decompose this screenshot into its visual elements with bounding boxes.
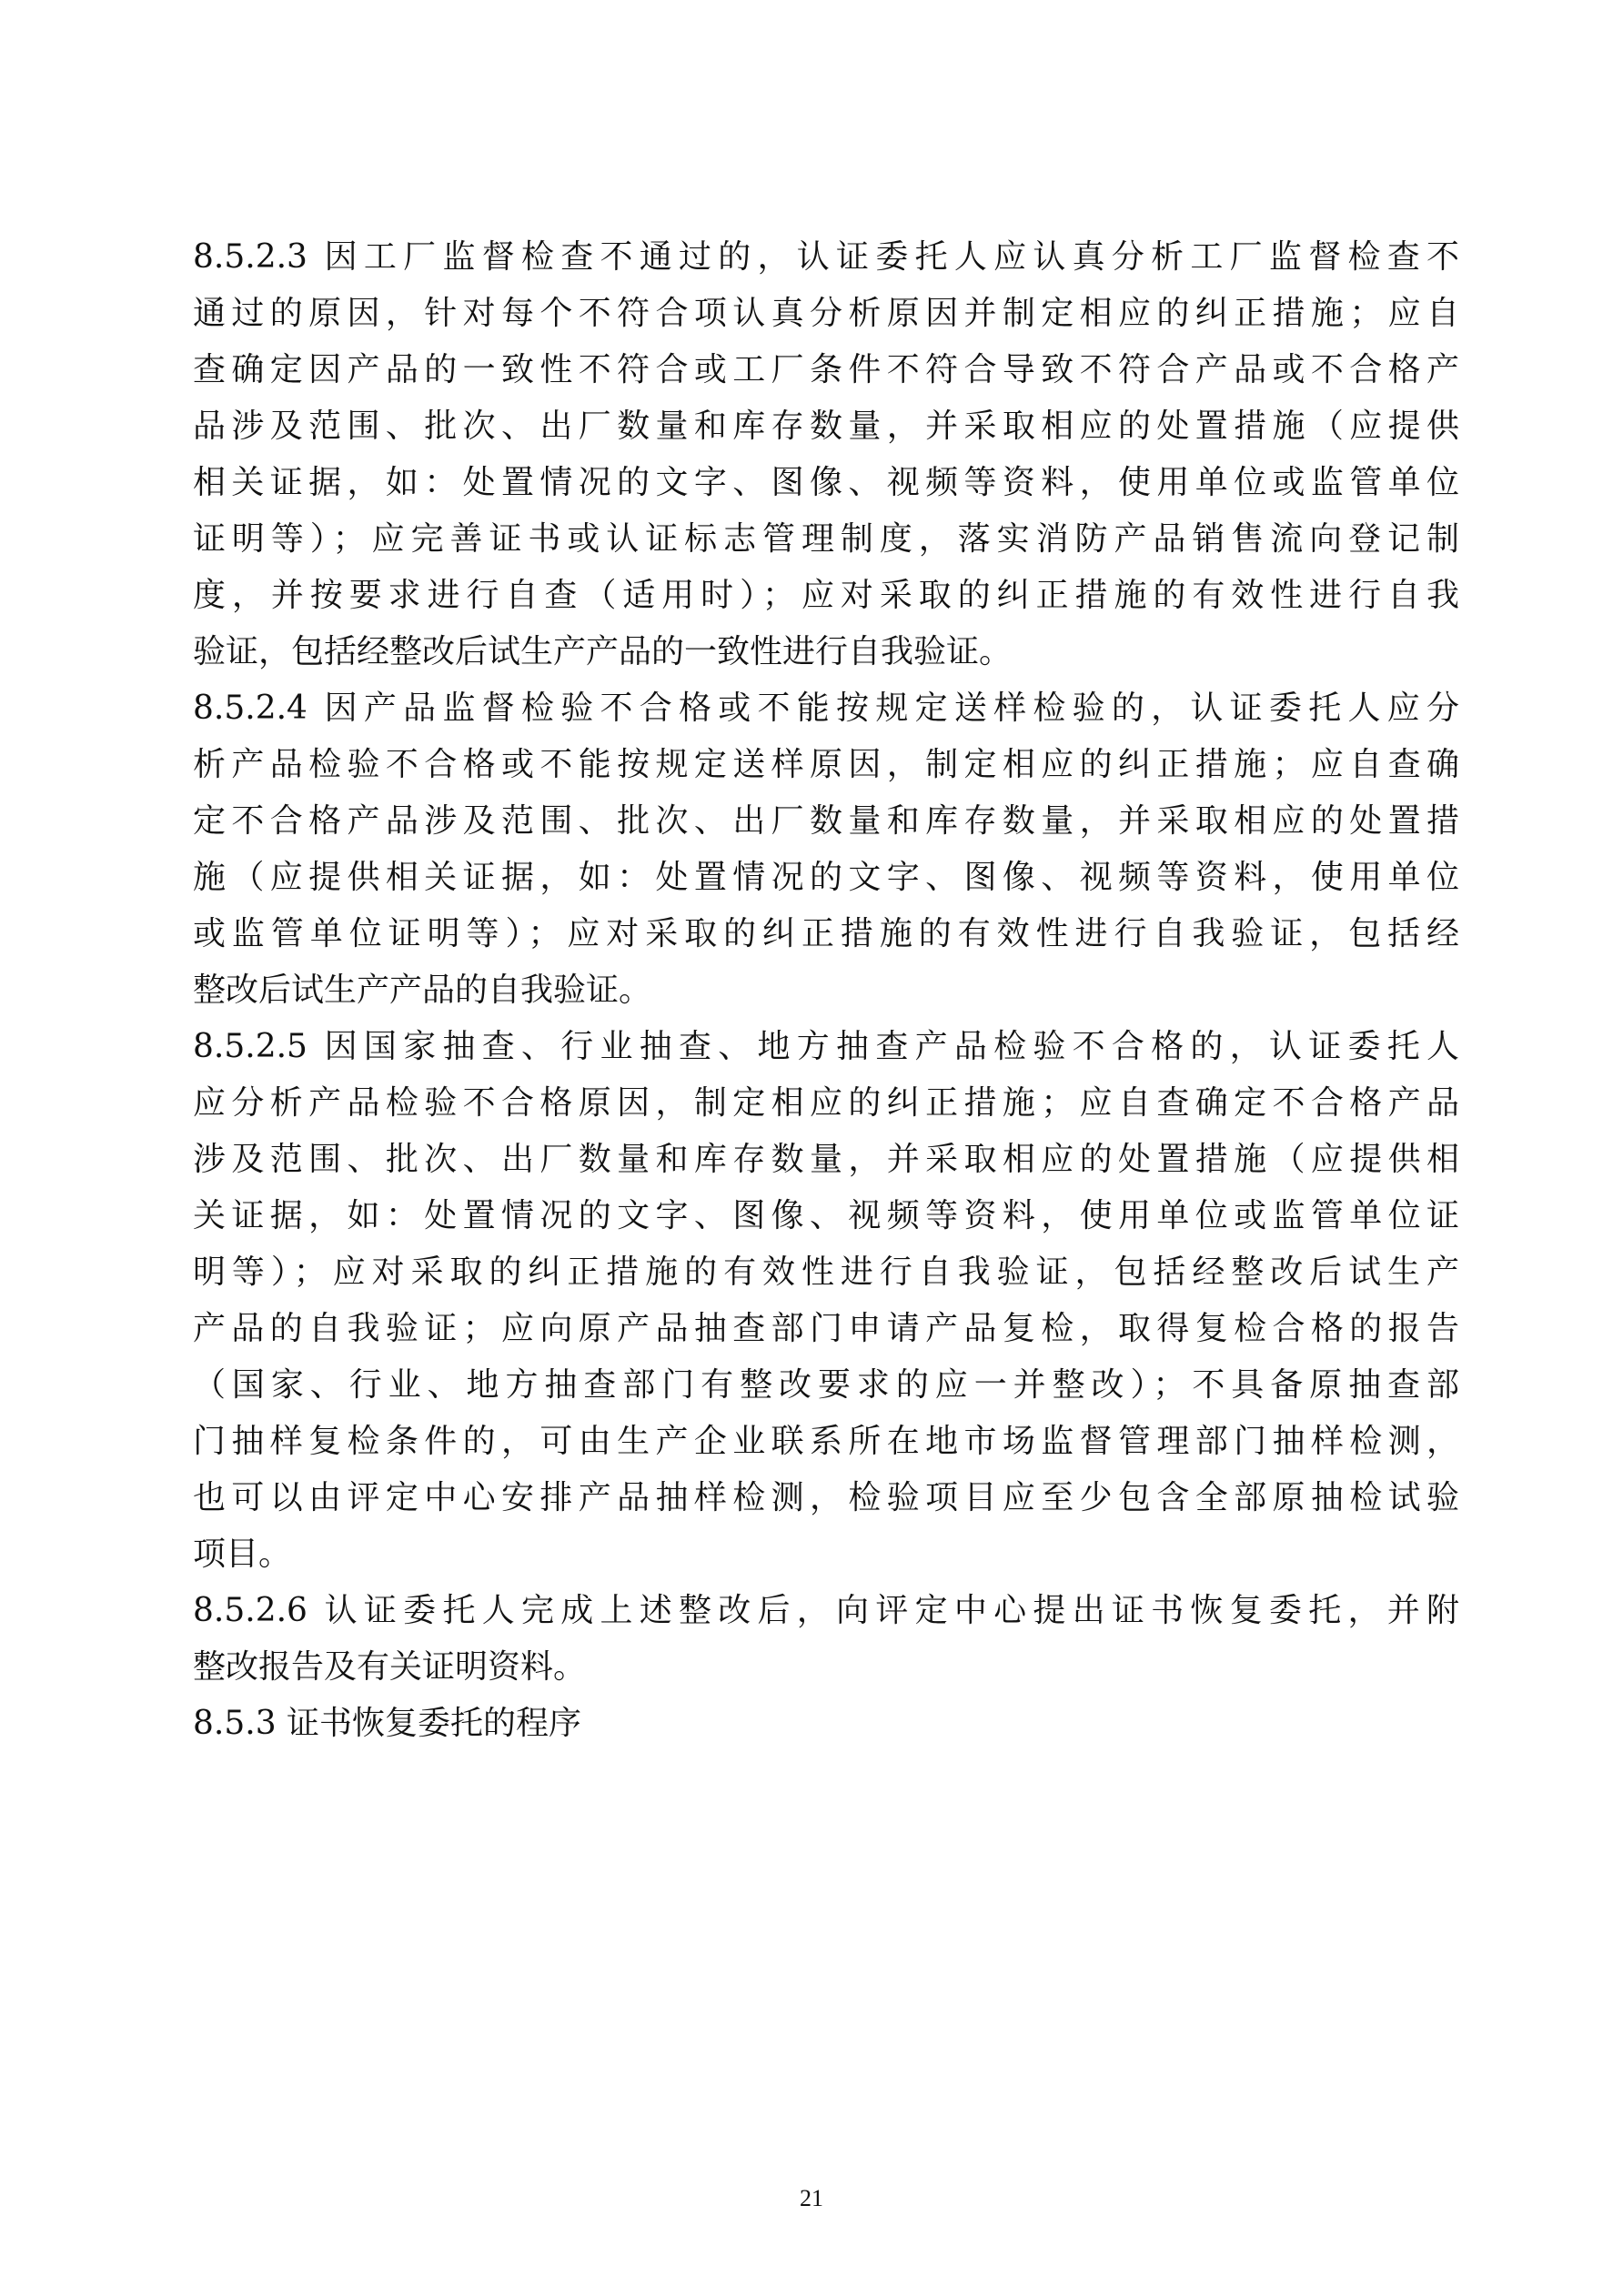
- text-line: 门抽样复检条件的，可由生产企业联系所在地市场监督管理部门抽样检测，: [193, 1414, 1459, 1470]
- text-line: 产品的自我验证；应向原产品抽查部门申请产品复检，取得复检合格的报告: [193, 1301, 1459, 1357]
- text-line: 8.5.2.5 因国家抽查、行业抽查、地方抽查产品检验不合格的，认证委托人: [193, 1019, 1459, 1075]
- paragraph-8-5-2-4: 8.5.2.4 因产品监督检验不合格或不能按规定送样检验的，认证委托人应分 析产…: [193, 680, 1459, 1019]
- heading-8-5-3: 8.5.3 证书恢复委托的程序: [193, 1696, 1459, 1752]
- text-line: 定不合格产品涉及范围、批次、出厂数量和库存数量，并采取相应的处置措: [193, 793, 1459, 850]
- text-line: 施（应提供相关证据，如：处置情况的文字、图像、视频等资料，使用单位: [193, 850, 1459, 906]
- text-line: 整改后试生产产品的自我验证。: [193, 962, 1459, 1019]
- text-line: 明等）；应对采取的纠正措施的有效性进行自我验证，包括经整改后试生产: [193, 1244, 1459, 1301]
- document-body: 8.5.2.3 因工厂监督检查不通过的，认证委托人应认真分析工厂监督检查不 通过…: [193, 229, 1459, 1752]
- paragraph-8-5-2-3: 8.5.2.3 因工厂监督检查不通过的，认证委托人应认真分析工厂监督检查不 通过…: [193, 229, 1459, 680]
- text-line: （国家、行业、地方抽查部门有整改要求的应一并整改）；不具备原抽查部: [193, 1357, 1459, 1414]
- text-line: 验证，包括经整改后试生产产品的一致性进行自我验证。: [193, 624, 1459, 680]
- paragraph-8-5-2-5: 8.5.2.5 因国家抽查、行业抽查、地方抽查产品检验不合格的，认证委托人 应分…: [193, 1019, 1459, 1583]
- page-number: 21: [0, 2185, 1623, 2212]
- text-line: 涉及范围、批次、出厂数量和库存数量，并采取相应的处置措施（应提供相: [193, 1132, 1459, 1188]
- text-line: 也可以由评定中心安排产品抽样检测，检验项目应至少包含全部原抽检试验: [193, 1470, 1459, 1526]
- text-line: 关证据，如：处置情况的文字、图像、视频等资料，使用单位或监管单位证: [193, 1188, 1459, 1244]
- text-line: 相关证据，如：处置情况的文字、图像、视频等资料，使用单位或监管单位: [193, 455, 1459, 511]
- text-line: 8.5.2.3 因工厂监督检查不通过的，认证委托人应认真分析工厂监督检查不: [193, 229, 1459, 286]
- text-line: 整改报告及有关证明资料。: [193, 1639, 1459, 1696]
- text-line: 8.5.2.4 因产品监督检验不合格或不能按规定送样检验的，认证委托人应分: [193, 680, 1459, 737]
- text-line: 通过的原因，针对每个不符合项认真分析原因并制定相应的纠正措施；应自: [193, 286, 1459, 342]
- paragraph-8-5-2-6: 8.5.2.6 认证委托人完成上述整改后，向评定中心提出证书恢复委托，并附 整改…: [193, 1583, 1459, 1696]
- text-line: 或监管单位证明等）；应对采取的纠正措施的有效性进行自我验证，包括经: [193, 906, 1459, 962]
- text-line: 项目。: [193, 1526, 1459, 1583]
- text-line: 8.5.2.6 认证委托人完成上述整改后，向评定中心提出证书恢复委托，并附: [193, 1583, 1459, 1639]
- text-line: 析产品检验不合格或不能按规定送样原因，制定相应的纠正措施；应自查确: [193, 737, 1459, 793]
- section-heading: 8.5.3 证书恢复委托的程序: [193, 1696, 1459, 1752]
- text-line: 应分析产品检验不合格原因，制定相应的纠正措施；应自查确定不合格产品: [193, 1075, 1459, 1132]
- text-line: 品涉及范围、批次、出厂数量和库存数量，并采取相应的处置措施（应提供: [193, 398, 1459, 455]
- text-line: 度，并按要求进行自查（适用时）；应对采取的纠正措施的有效性进行自我: [193, 568, 1459, 624]
- text-line: 证明等）；应完善证书或认证标志管理制度，落实消防产品销售流向登记制: [193, 511, 1459, 568]
- text-line: 查确定因产品的一致性不符合或工厂条件不符合导致不符合产品或不合格产: [193, 342, 1459, 398]
